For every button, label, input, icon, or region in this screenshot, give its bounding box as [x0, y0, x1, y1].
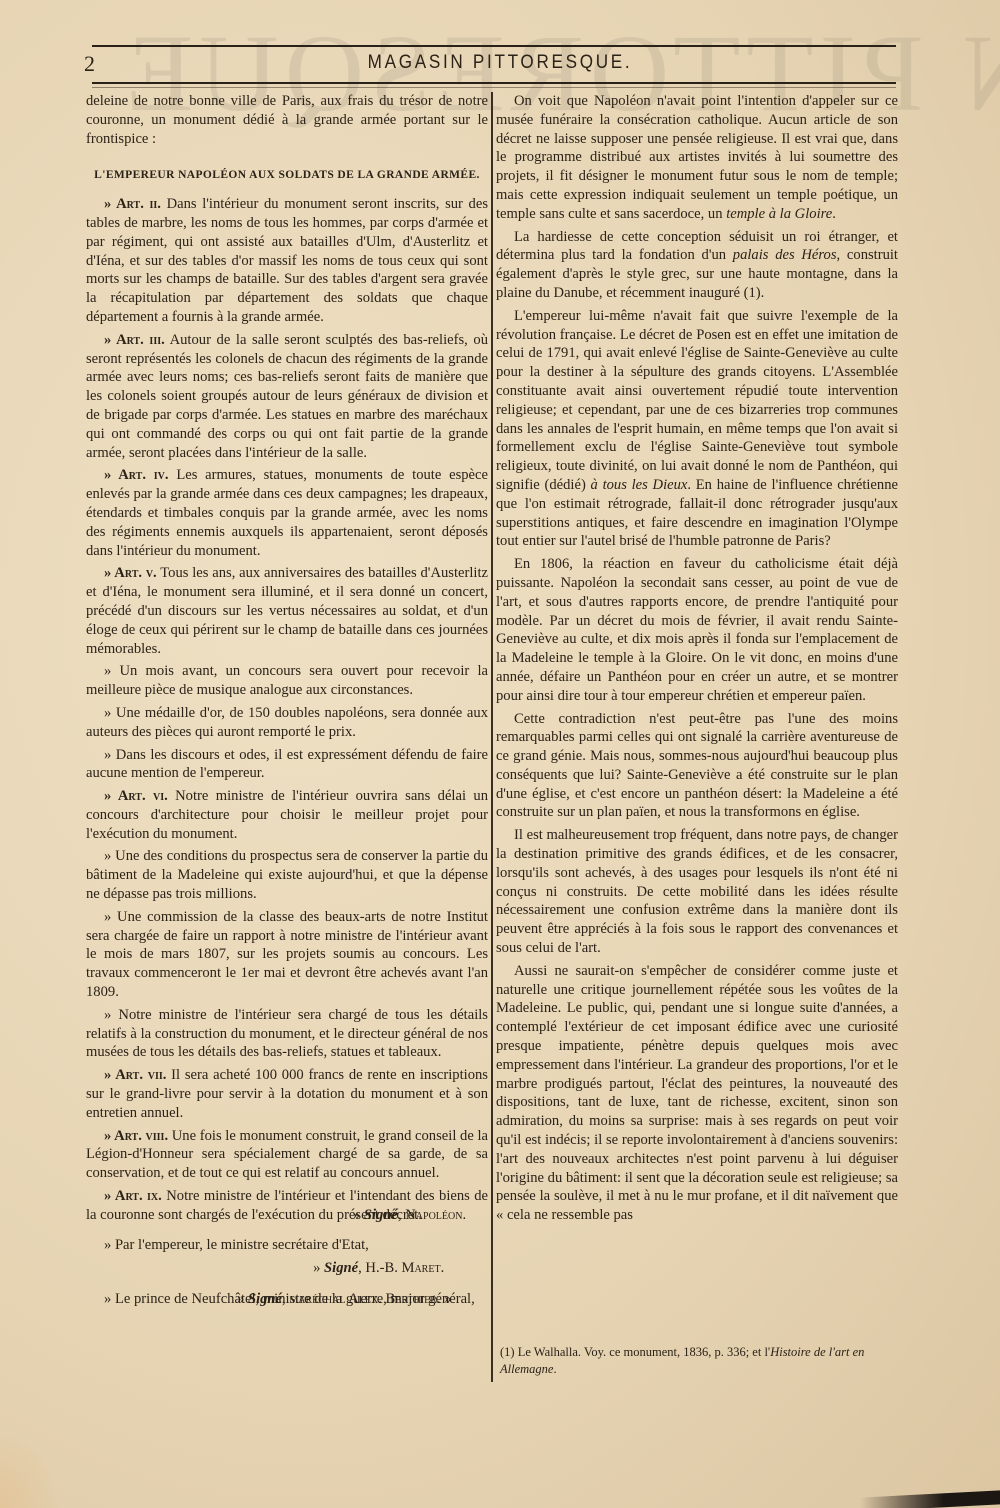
footnote: (1) Le Walhalla. Voy. ce monument, 1836,… [500, 1344, 898, 1378]
maret-line: » Par l'empereur, le ministre secrétaire… [86, 1236, 488, 1255]
newspaper-page: MAGASIN PITTORESQUE 2 MAGASIN PITTORESQU… [0, 0, 1000, 1508]
left-column: deleine de notre bonne ville de Paris, a… [86, 92, 488, 1313]
article-label: » Art. vi. [104, 788, 168, 804]
paragraph-contradiction: Cette contradiction n'est peut-être pas … [496, 710, 898, 823]
masthead-title: MAGASIN PITTORESQUE. [50, 52, 950, 74]
article-2: » Art. ii. Dans l'intérieur du monument … [86, 195, 488, 327]
signature-maret: » Signé, H.-B. Maret. [86, 1259, 488, 1278]
paragraph-1806: En 1806, la réaction en faveur du cathol… [496, 555, 898, 705]
article-4: » Art. iv. Les armures, statues, monumen… [86, 466, 488, 560]
opening-paragraph: deleine de notre bonne ville de Paris, a… [86, 92, 488, 148]
article-3: » Art. iii. Autour de la salle seront sc… [86, 331, 488, 463]
article-label: » Art. iv. [104, 467, 169, 483]
article-label: » Art. iii. [104, 332, 165, 348]
paragraph-ministre: » Notre ministre de l'intérieur sera cha… [86, 1006, 488, 1062]
paragraph-destination: Il est malheureusement trop fréquent, da… [496, 826, 898, 958]
header-top-rule [92, 45, 896, 47]
paragraph-prospectus: » Une des conditions du prospectus sera … [86, 847, 488, 903]
paragraph-hardiesse: La hardiesse de cette conception séduisi… [496, 228, 898, 303]
scan-edge-shadow [860, 1490, 1000, 1508]
header-bottom-rule [92, 82, 896, 84]
article-7: » Art. vii. Il sera acheté 100 000 franc… [86, 1066, 488, 1122]
paragraph-commission: » Une commission de la classe des beaux-… [86, 908, 488, 1002]
article-label: » Art. ix. [104, 1188, 162, 1204]
column-divider [491, 92, 493, 1382]
right-column: On voit que Napoléon n'avait point l'int… [496, 92, 898, 1229]
header-bottom-rule-thin [92, 87, 896, 88]
article-label: » Art. v. [104, 565, 157, 581]
paragraph-concours: » Un mois avant, un concours sera ouvert… [86, 662, 488, 700]
paragraph-medaille: » Une médaille d'or, de 150 doubles napo… [86, 704, 488, 742]
decree-heading: L'EMPEREUR NAPOLÉON AUX SOLDATS DE LA GR… [86, 166, 488, 185]
paragraph-napoleon-intention: On voit que Napoléon n'avait point l'int… [496, 92, 898, 224]
article-label: » Art. vii. [104, 1067, 166, 1083]
paragraph-empereur-exemple: L'empereur lui-même n'avait fait que sui… [496, 307, 898, 551]
paper-stain [0, 1430, 60, 1508]
article-label: » Art. ii. [104, 196, 161, 212]
article-6: » Art. vi. Notre ministre de l'intérieur… [86, 787, 488, 843]
paragraph-critique: Aussi ne saurait-on s'empêcher de consid… [496, 962, 898, 1225]
article-5: » Art. v. Tous les ans, aux anniversaire… [86, 564, 488, 658]
article-8: » Art. viii. Une fois le monument constr… [86, 1127, 488, 1183]
paragraph-discours: » Dans les discours et odes, il est expr… [86, 746, 488, 784]
article-label: » Art. viii. [104, 1128, 168, 1144]
